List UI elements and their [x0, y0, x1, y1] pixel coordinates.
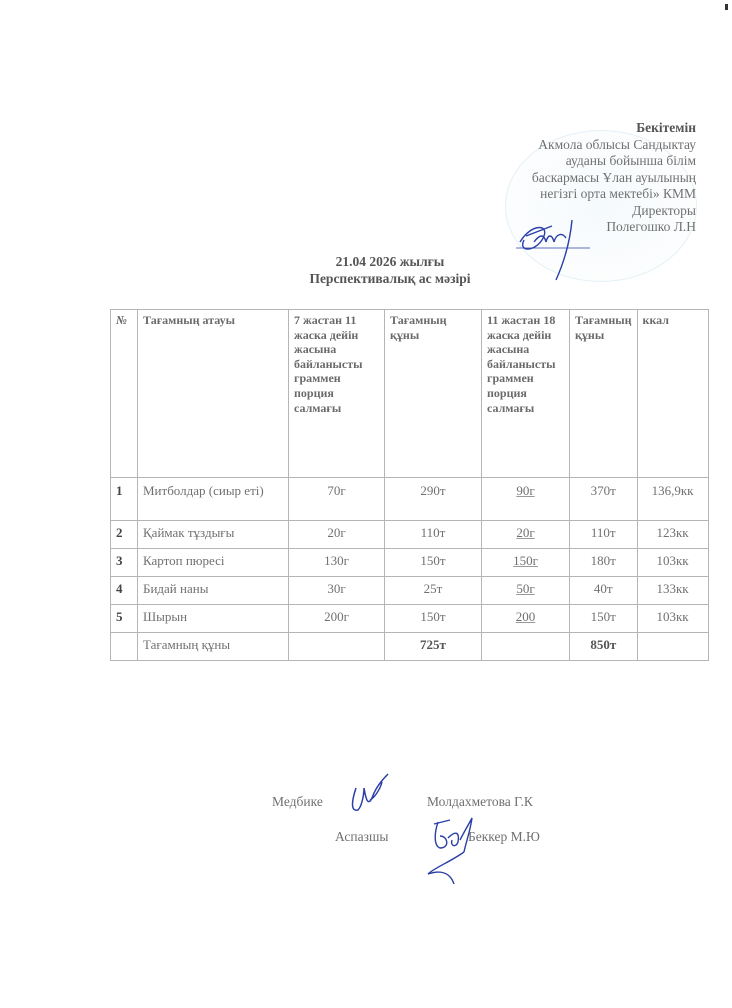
menu-title: Перспективалық ас мәзірі	[270, 270, 510, 287]
table-row: 5 Шырын 200г 150т 200 150т 103кк	[111, 605, 709, 633]
row-number: 5	[111, 605, 138, 633]
approval-line: баскармасы Ұлан ауылының	[532, 170, 696, 187]
cook-name: Беккер М.Ю	[468, 829, 540, 845]
price-7-11: 25т	[385, 577, 482, 605]
weight-11-18: 90г	[482, 478, 570, 521]
total-empty	[289, 633, 385, 661]
kcal: 103кк	[637, 605, 708, 633]
kcal: 136,9кк	[637, 478, 708, 521]
weight-11-18-value: 20г	[516, 525, 534, 540]
weight-11-18-value: 50г	[516, 581, 534, 596]
row-number: 3	[111, 549, 138, 577]
total-price-7-11: 725т	[385, 633, 482, 661]
price-7-11: 290т	[385, 478, 482, 521]
weight-11-18: 150г	[482, 549, 570, 577]
row-number: 1	[111, 478, 138, 521]
nurse-role: Медбике	[272, 794, 323, 810]
dish-name: Қаймак тұздығы	[138, 521, 289, 549]
total-price-11-18: 850т	[570, 633, 638, 661]
dish-name: Митболдар (сиыр еті)	[138, 478, 289, 521]
col-header-kcal: ккал	[637, 310, 708, 478]
cook-signature	[420, 812, 480, 887]
total-label: Тағамның құны	[138, 633, 289, 661]
col-header-weight-11-18: 11 жастан 18 жаска дейін жасына байланыс…	[482, 310, 570, 478]
col-header-number: №	[111, 310, 138, 478]
approval-heading: Бекітемін	[532, 120, 696, 137]
menu-table: № Тағамның атауы 7 жастан 11 жаска дейін…	[110, 309, 709, 661]
document-title: 21.04 2026 жылғы Перспективалық ас мәзір…	[270, 253, 510, 287]
weight-7-11: 200г	[289, 605, 385, 633]
weight-11-18-value: 90г	[516, 483, 534, 498]
nurse-name: Молдахметова Г.К	[427, 794, 533, 810]
kcal: 123кк	[637, 521, 708, 549]
approval-line: ауданы бойынша білім	[532, 153, 696, 170]
table-row: 3 Картоп пюресі 130г 150т 150г 180т 103к…	[111, 549, 709, 577]
dish-name: Бидай наны	[138, 577, 289, 605]
price-11-18: 110т	[570, 521, 638, 549]
table-row: 4 Бидай наны 30г 25т 50г 40т 133кк	[111, 577, 709, 605]
table-row: 2 Қаймак тұздығы 20г 110т 20г 110т 123кк	[111, 521, 709, 549]
price-7-11: 150т	[385, 549, 482, 577]
price-11-18: 150т	[570, 605, 638, 633]
row-number: 2	[111, 521, 138, 549]
approval-line: негізгі орта мектебі» КММ	[532, 186, 696, 203]
dish-name: Картоп пюресі	[138, 549, 289, 577]
cook-role: Аспазшы	[335, 829, 388, 845]
price-11-18: 40т	[570, 577, 638, 605]
total-empty	[637, 633, 708, 661]
nurse-signature	[344, 770, 394, 820]
table-header-row: № Тағамның атауы 7 жастан 11 жаска дейін…	[111, 310, 709, 478]
col-header-weight-7-11: 7 жастан 11 жаска дейін жасына байланыст…	[289, 310, 385, 478]
weight-11-18-value: 200	[516, 609, 536, 624]
total-empty	[482, 633, 570, 661]
row-number: 4	[111, 577, 138, 605]
price-11-18: 370т	[570, 478, 638, 521]
row-number-empty	[111, 633, 138, 661]
scan-corner-mark	[725, 4, 728, 10]
price-7-11: 110т	[385, 521, 482, 549]
dish-name: Шырын	[138, 605, 289, 633]
approval-line: Акмола облысы Сандыктау	[532, 137, 696, 154]
col-header-dish-name: Тағамның атауы	[138, 310, 289, 478]
col-header-price-7-11: Тағамның құны	[385, 310, 482, 478]
weight-7-11: 30г	[289, 577, 385, 605]
weight-11-18-value: 150г	[513, 553, 538, 568]
col-header-price-11-18: Тағамның құны	[570, 310, 638, 478]
date-line: 21.04 2026 жылғы	[270, 253, 510, 270]
weight-7-11: 70г	[289, 478, 385, 521]
weight-7-11: 20г	[289, 521, 385, 549]
kcal: 103кк	[637, 549, 708, 577]
price-7-11: 150т	[385, 605, 482, 633]
table-total-row: Тағамның құны 725т 850т	[111, 633, 709, 661]
weight-11-18: 50г	[482, 577, 570, 605]
price-11-18: 180т	[570, 549, 638, 577]
weight-11-18: 200	[482, 605, 570, 633]
kcal: 133кк	[637, 577, 708, 605]
director-signature	[512, 212, 592, 284]
weight-7-11: 130г	[289, 549, 385, 577]
table-row: 1 Митболдар (сиыр еті) 70г 290т 90г 370т…	[111, 478, 709, 521]
weight-11-18: 20г	[482, 521, 570, 549]
